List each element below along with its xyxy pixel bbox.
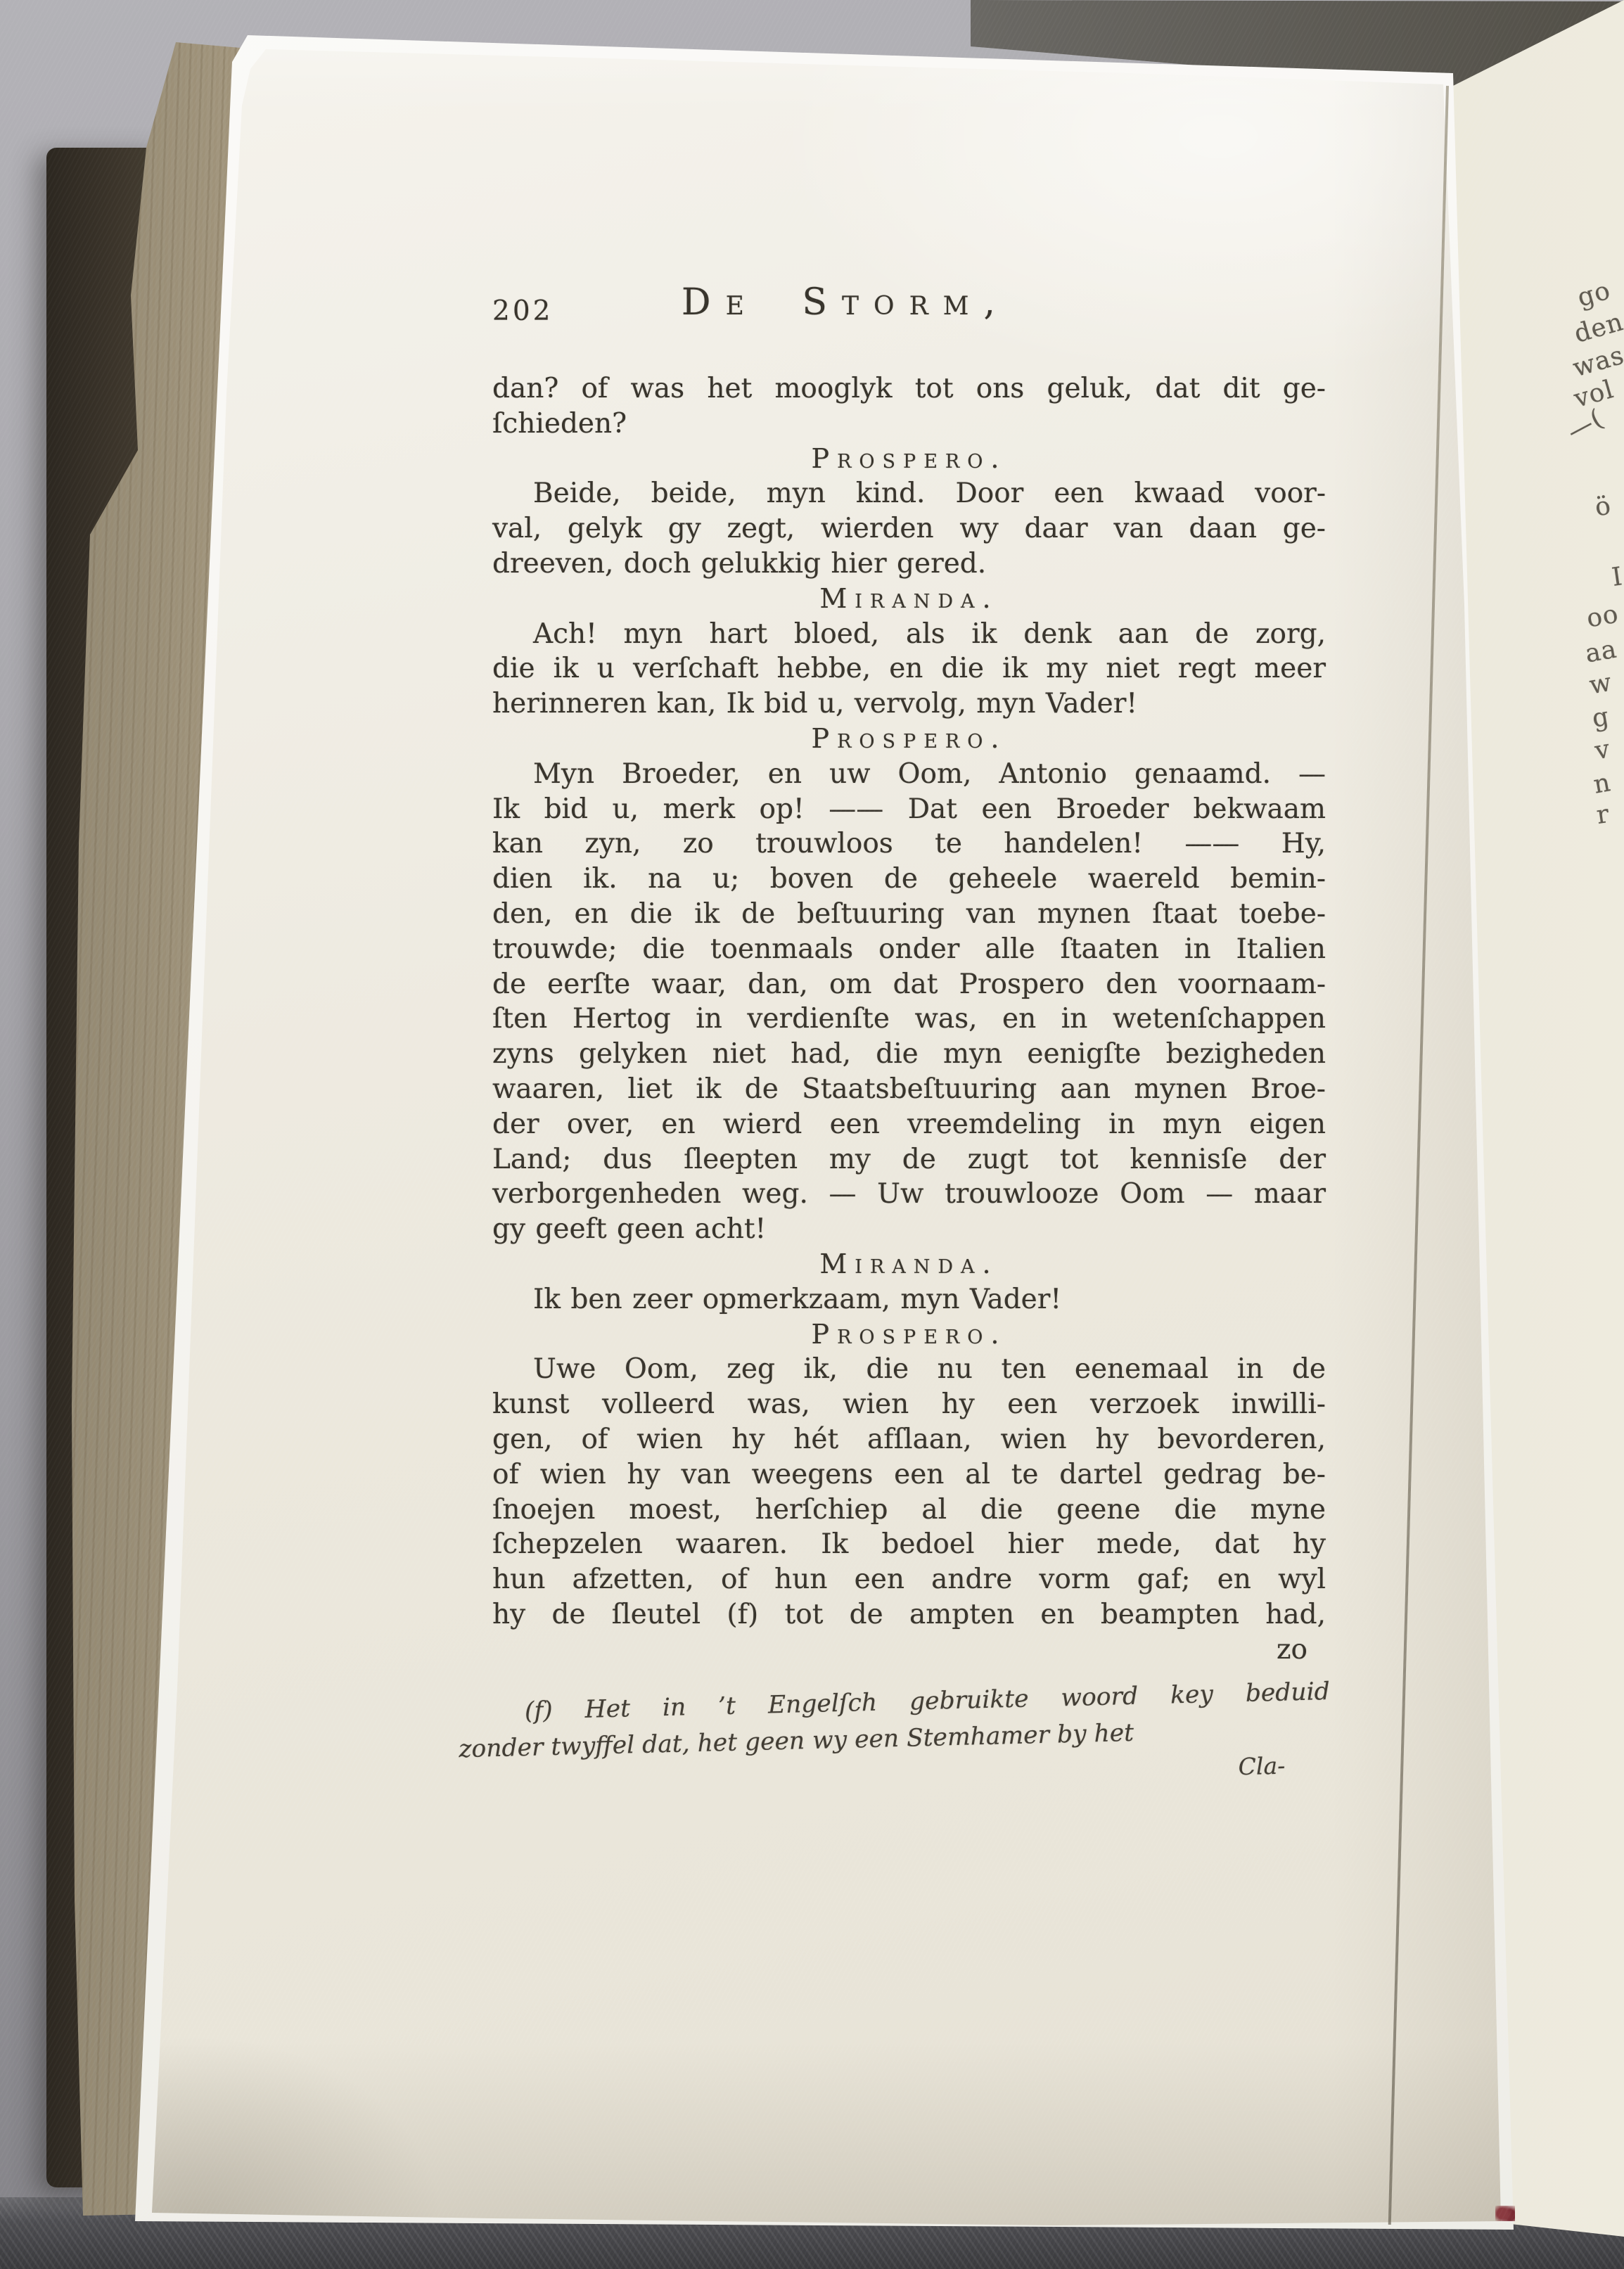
footnote: (f) Het in ’t Engelſch gebruikte woord k…: [457, 1673, 1331, 1804]
text-line: dien ik. na u; boven de geheele waereld …: [492, 862, 1326, 897]
text-line: den, en die ik de beſtuuring van mynen ſ…: [492, 897, 1326, 932]
text-line: de eerſte waar, dan, om dat Prospero den…: [492, 967, 1326, 1002]
text-line: hy de ſleutel (f) tot de ampten en beamp…: [492, 1597, 1326, 1632]
text-line: kunst volleerd was, wien hy een verzoek …: [492, 1387, 1326, 1422]
text-line: kan zyn, zo trouwloos te handelen! —— Hy…: [492, 826, 1326, 862]
text-line: Myn Broeder, en uw Oom, Antonio genaamd.…: [492, 757, 1326, 792]
text-line: der over, en wierd een vreemdeling in my…: [492, 1107, 1326, 1142]
text-line: Beide, beide, myn kind. Door een kwaad v…: [492, 476, 1326, 511]
text-line: ſchepzelen waaren. Ik bedoel hier mede, …: [492, 1527, 1326, 1562]
book-photo-scene: godenwasvol—(öIooaawgvnr 202 De Storm, d…: [0, 0, 1624, 2269]
text-line: trouwde; die toenmaals onder alle ſtaate…: [492, 932, 1326, 967]
text-line: verborgenheden weg. — Uw trouwlooze Oom …: [492, 1177, 1326, 1212]
text-line: Prospero.: [492, 722, 1326, 757]
binding-mark: [1495, 2206, 1515, 2221]
text-line: Ik bid u, merk op! —— Dat een Broeder be…: [492, 792, 1326, 827]
text-line: Uwe Oom, zeg ik, die nu ten eenemaal in …: [492, 1352, 1326, 1387]
page-content: 202 De Storm, dan? of was het mooglyk to…: [0, 0, 1624, 2269]
text-line: Prospero.: [492, 442, 1326, 477]
text-line: die ik u verſchaft hebbe, en die ik my n…: [492, 651, 1326, 686]
text-lines: dan? of was het mooglyk tot ons geluk, d…: [492, 371, 1326, 1667]
text-line: ſnoejen moest, herſchiep al die geene di…: [492, 1493, 1326, 1528]
running-title: De Storm,: [429, 281, 1262, 324]
text-line: dan? of was het mooglyk tot ons geluk, d…: [492, 371, 1326, 407]
text-line: Ach! myn hart bloed, als ik denk aan de …: [492, 617, 1326, 652]
text-line: Land; dus ſleepten my de zugt tot kennis…: [492, 1142, 1326, 1177]
text-line: Prospero.: [492, 1317, 1326, 1353]
text-line: hun afzetten, of hun een andre vorm gaf;…: [492, 1562, 1326, 1597]
text-line: waaren, liet ik de Staatsbeſtuuring aan …: [492, 1072, 1326, 1107]
text-line: val, gelyk gy zegt, wierden wy daar van …: [492, 511, 1326, 547]
text-line: gen, of wien hy hét afſlaan, wien hy bev…: [492, 1422, 1326, 1457]
text-line: zyns gelyken niet had, die myn eenigſte …: [492, 1037, 1326, 1072]
text-line: of wien hy van weegens een al te dartel …: [492, 1457, 1326, 1493]
text-line: Miranda.: [492, 582, 1326, 617]
text-line: ſten Hertog in verdienſte was, en in wet…: [492, 1002, 1326, 1037]
text-line: Miranda.: [492, 1247, 1326, 1282]
text-line: Ik ben zeer opmerkzaam, myn Vader!: [492, 1282, 1326, 1317]
